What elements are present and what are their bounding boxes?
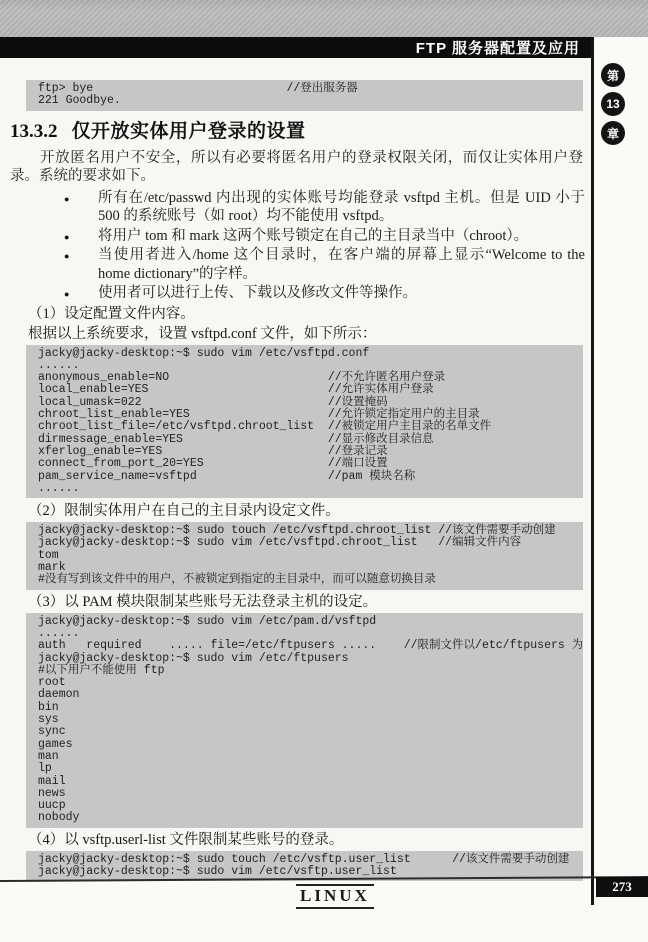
step-3-label: （3）以 PAM 模块限制某些账号无法登录主机的设定。 <box>28 593 585 611</box>
code-line: games <box>38 739 579 751</box>
list-item: 使用者可以进行上传、下载以及修改文件等操作。 <box>62 284 585 303</box>
chapter-tab-prefix-badge: 第 <box>601 63 625 87</box>
code-line: nobody <box>38 812 579 824</box>
code-line: jacky@jacky-desktop:~$ sudo vim /etc/pam… <box>38 616 579 628</box>
code-line: pam_service_name=vsftpd //pam 模块名称 <box>38 471 579 483</box>
scan-margin-top <box>0 0 648 37</box>
section-number: 13.3.2 <box>10 121 58 142</box>
code-line: uucp <box>38 800 579 812</box>
publisher-logo: LINUX <box>296 884 374 909</box>
code-line: 221 Goodbye. <box>38 95 579 107</box>
page-content: ftp> bye //登出服务器221 Goodbye. 13.3.2仅开放实体… <box>0 58 591 878</box>
code-line: tom <box>38 550 579 562</box>
code-line: mail <box>38 776 579 788</box>
code-line: auth required ..... file=/etc/ftpusers .… <box>38 640 579 652</box>
list-item-text: 所有在/etc/passwd 内出现的实体账号均能登录 vsftpd 主机。但是… <box>98 190 585 225</box>
list-item-text: 将用户 tom 和 mark 这两个账号锁定在自己的主目录当中（chroot）。 <box>98 228 528 244</box>
code-line: #以下用户不能使用 ftp <box>38 665 579 677</box>
running-head-title: FTP 服务器配置及应用 <box>416 37 592 58</box>
code-line: local_enable=YES //允许实体用户登录 <box>38 384 579 396</box>
list-item-text: 当使用者进入/home 这个目录时，在客户端的屏幕上显示“Welcome to … <box>98 247 585 282</box>
code-line: bin <box>38 702 579 714</box>
code-line: lp <box>38 763 579 775</box>
list-item-text: 使用者可以进行上传、下载以及修改文件等操作。 <box>98 285 417 301</box>
list-item: 所有在/etc/passwd 内出现的实体账号均能登录 vsftpd 主机。但是… <box>62 189 585 226</box>
code-line: jacky@jacky-desktop:~$ sudo vim /etc/vsf… <box>38 348 579 360</box>
content-column: ftp> bye //登出服务器221 Goodbye. 13.3.2仅开放实体… <box>0 58 591 881</box>
code-line: chroot_list_file=/etc/vsftpd.chroot_list… <box>38 421 579 433</box>
intro-paragraph: 开放匿名用户不安全，所以有必要将匿名用户的登录权限关闭，而仅让实体用户登录。系统… <box>10 149 585 186</box>
page-number-badge: 273 <box>596 877 648 897</box>
code-block-vsftpd-conf: jacky@jacky-desktop:~$ sudo vim /etc/vsf… <box>26 345 583 499</box>
code-line: sys <box>38 714 579 726</box>
chapter-tab-suffix-badge: 章 <box>601 121 625 145</box>
code-line: jacky@jacky-desktop:~$ sudo vim /etc/ftp… <box>38 653 579 665</box>
chapter-tab-number-badge: 13 <box>601 92 625 116</box>
running-head-bar: FTP 服务器配置及应用 <box>0 37 592 58</box>
code-line: man <box>38 751 579 763</box>
step-1-label: （1）设定配置文件内容。 <box>28 305 585 323</box>
code-block-pam-ftpusers: jacky@jacky-desktop:~$ sudo vim /etc/pam… <box>26 613 583 828</box>
code-block-ftp-logout: ftp> bye //登出服务器221 Goodbye. <box>26 80 583 111</box>
code-line: jacky@jacky-desktop:~$ sudo vim /etc/vsf… <box>38 537 579 549</box>
code-line: ...... <box>38 483 579 495</box>
code-line: daemon <box>38 689 579 701</box>
chapter-tab: 第 13 章 <box>601 63 627 150</box>
step-2-label: （2）限制实体用户在自己的主目录内设定文件。 <box>28 502 585 520</box>
section-title: 仅开放实体用户登录的设置 <box>72 121 306 142</box>
code-line: news <box>38 788 579 800</box>
list-item: 当使用者进入/home 这个目录时，在客户端的屏幕上显示“Welcome to … <box>62 246 585 283</box>
step-4-label: （4）以 vsftp.userl-list 文件限制某些账号的登录。 <box>28 831 585 849</box>
code-block-chroot-list: jacky@jacky-desktop:~$ sudo touch /etc/v… <box>26 522 583 589</box>
requirements-list: 所有在/etc/passwd 内出现的实体账号均能登录 vsftpd 主机。但是… <box>62 189 585 303</box>
code-line: #没有写到该文件中的用户，不被锁定到指定的主目录中，而可以随意切换目录 <box>38 574 579 586</box>
code-line: connect_from_port_20=YES //端口设置 <box>38 458 579 470</box>
code-line: root <box>38 677 579 689</box>
section-heading: 13.3.2仅开放实体用户登录的设置 <box>10 120 585 143</box>
step-1-description: 根据以上系统要求，设置 vsftpd.conf 文件，如下所示： <box>28 325 585 343</box>
page-edge-rule <box>591 37 594 905</box>
list-item: 将用户 tom 和 mark 这两个账号锁定在自己的主目录当中（chroot）。 <box>62 227 585 246</box>
code-line: sync <box>38 726 579 738</box>
